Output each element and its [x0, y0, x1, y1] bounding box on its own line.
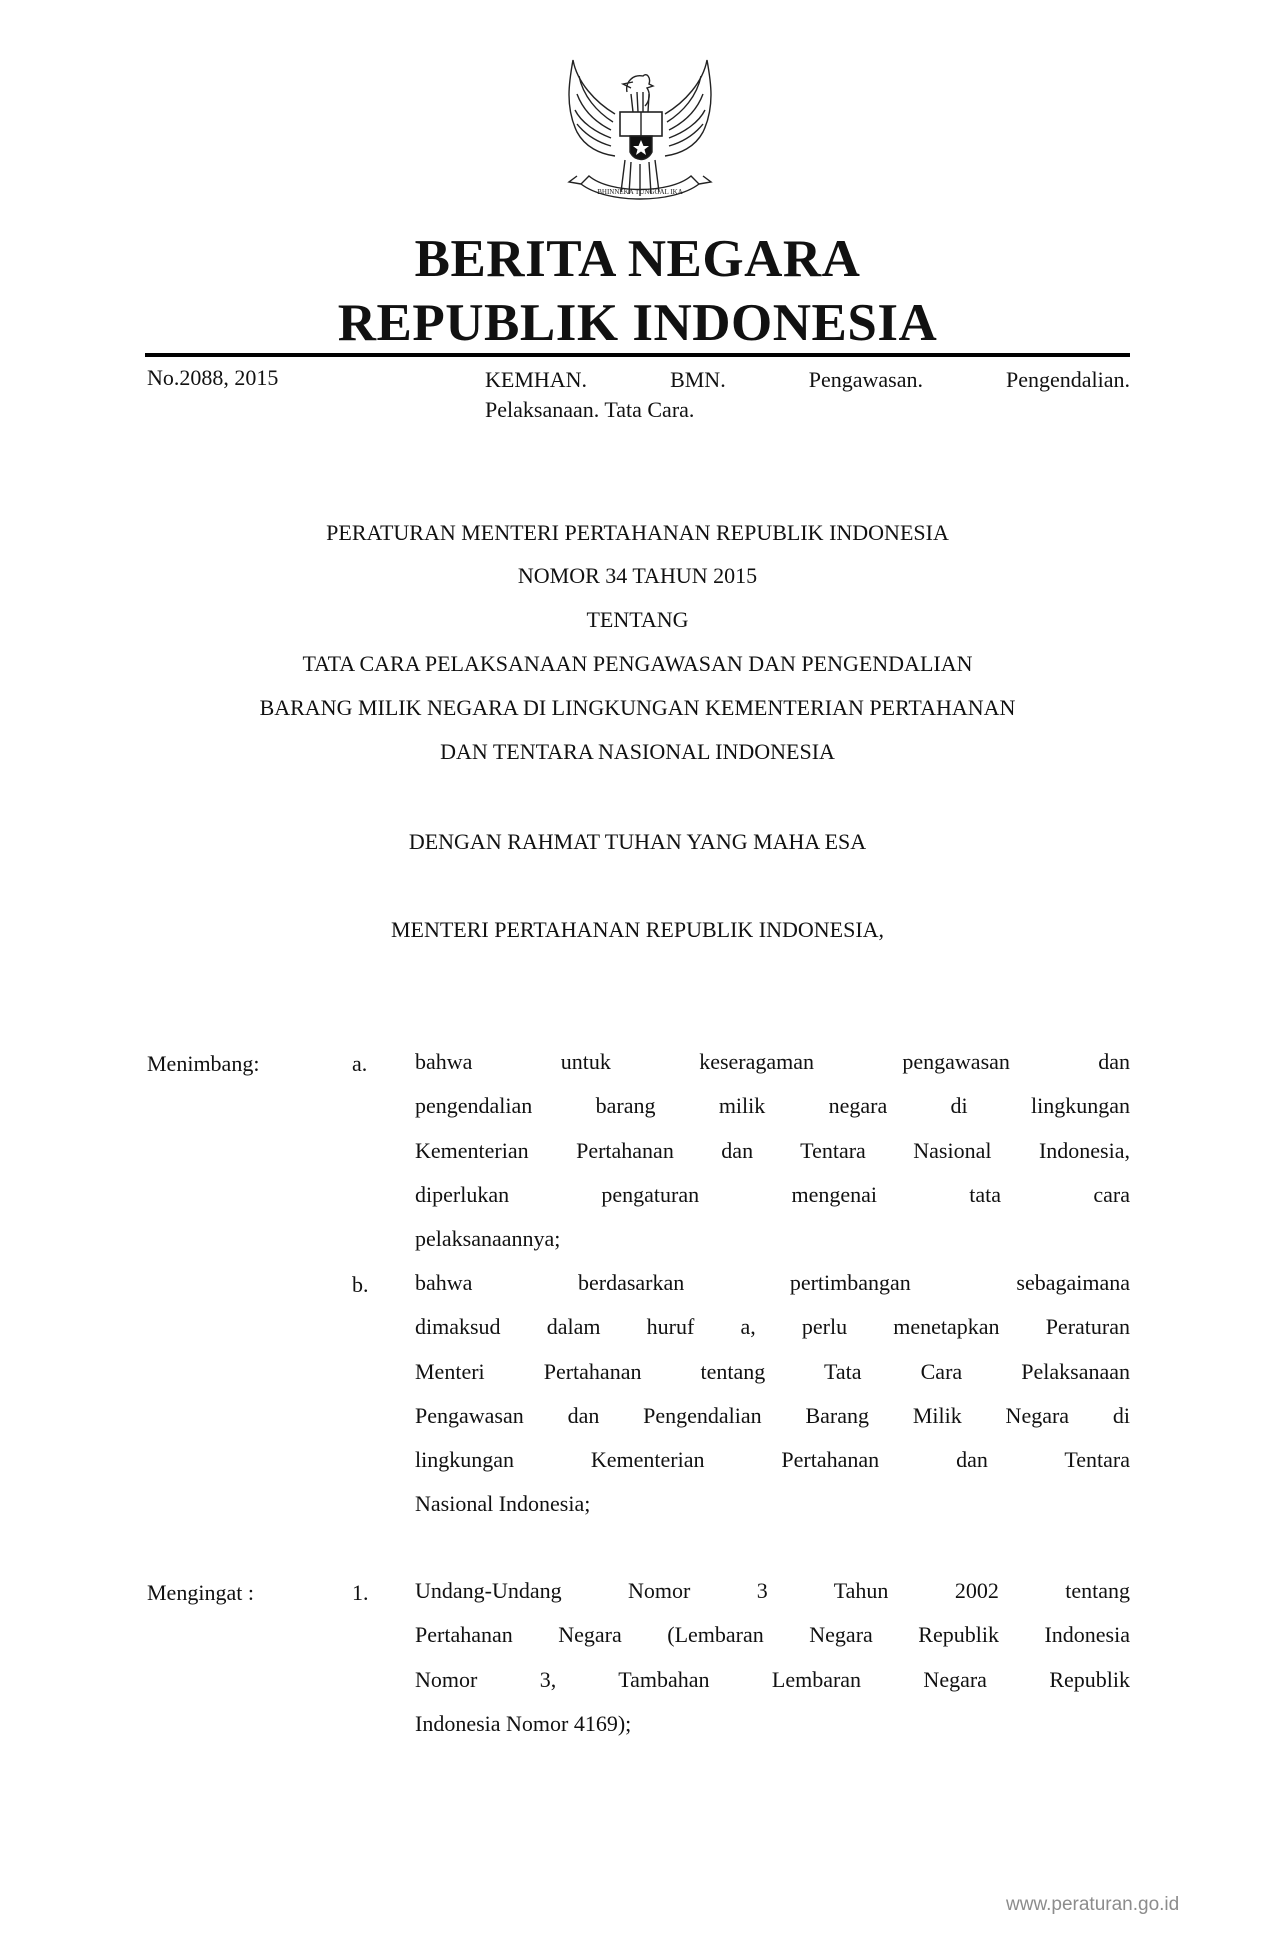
paragraph-line: dimaksud dalam huruf a, perlu menetapkan…: [415, 1305, 1130, 1349]
paragraph-line: lingkungan Kementerian Pertahanan dan Te…: [415, 1438, 1130, 1482]
paragraph-line: pelaksanaannya;: [415, 1217, 1130, 1261]
item-marker: a.: [352, 1051, 367, 1077]
item-marker: b.: [352, 1272, 369, 1298]
subject-tags-line2: Pelaksanaan. Tata Cara.: [485, 397, 694, 422]
regulation-tentang: TENTANG: [0, 607, 1275, 633]
mengingat-item-1: Undang-Undang Nomor 3 Tahun 2002 tentang…: [415, 1569, 1130, 1746]
menimbang-item-b: bahwa berdasarkan pertimbangan sebagaima…: [415, 1261, 1130, 1527]
masthead-title-line1: BERITA NEGARA: [0, 233, 1275, 286]
menimbang-item-a: bahwa untuk keseragaman pengawasan dan p…: [415, 1040, 1130, 1261]
paragraph-line: Nasional Indonesia;: [415, 1482, 1130, 1526]
paragraph-line: Pertahanan Negara (Lembaran Negara Repub…: [415, 1613, 1130, 1657]
subject-tags-line1: KEMHAN. BMN. Pengawasan. Pengendalian.: [485, 365, 1130, 395]
gazette-number: No.2088, 2015: [147, 365, 278, 391]
gazette-subject-tags: KEMHAN. BMN. Pengawasan. Pengendalian. P…: [485, 365, 1130, 425]
footer-source-url: www.peraturan.go.id: [1006, 1894, 1179, 1916]
paragraph-line: Indonesia Nomor 4169);: [415, 1702, 1130, 1746]
paragraph-line: Pengawasan dan Pengendalian Barang Milik…: [415, 1394, 1130, 1438]
regulation-subject-line: TATA CARA PELAKSANAAN PENGAWASAN DAN PEN…: [0, 651, 1275, 677]
mengingat-label: Mengingat :: [147, 1580, 254, 1606]
issuer: MENTERI PERTAHANAN REPUBLIK INDONESIA,: [0, 917, 1275, 943]
paragraph-line: Kementerian Pertahanan dan Tentara Nasio…: [415, 1129, 1130, 1173]
paragraph-line: Menteri Pertahanan tentang Tata Cara Pel…: [415, 1350, 1130, 1394]
svg-text:BHINNEKA TUNGGAL IKA: BHINNEKA TUNGGAL IKA: [597, 188, 683, 196]
regulation-subject-line: DAN TENTARA NASIONAL INDONESIA: [0, 739, 1275, 765]
regulation-number: NOMOR 34 TAHUN 2015: [0, 563, 1275, 589]
paragraph-line: pengendalian barang milik negara di ling…: [415, 1084, 1130, 1128]
invocation: DENGAN RAHMAT TUHAN YANG MAHA ESA: [0, 829, 1275, 855]
paragraph-line: bahwa berdasarkan pertimbangan sebagaima…: [415, 1261, 1130, 1305]
masthead-title-line2: REPUBLIK INDONESIA: [0, 297, 1275, 350]
menimbang-label: Menimbang:: [147, 1051, 259, 1077]
regulation-title-line: PERATURAN MENTERI PERTAHANAN REPUBLIK IN…: [0, 520, 1275, 546]
paragraph-line: Undang-Undang Nomor 3 Tahun 2002 tentang: [415, 1569, 1130, 1613]
item-marker: 1.: [352, 1580, 369, 1606]
paragraph-line: bahwa untuk keseragaman pengawasan dan: [415, 1040, 1130, 1084]
paragraph-line: diperlukan pengaturan mengenai tata cara: [415, 1173, 1130, 1217]
masthead-divider: [145, 353, 1130, 357]
garuda-emblem-icon: BHINNEKA TUNGGAL IKA: [555, 52, 725, 212]
regulation-subject-line: BARANG MILIK NEGARA DI LINGKUNGAN KEMENT…: [0, 695, 1275, 721]
paragraph-line: Nomor 3, Tambahan Lembaran Negara Republ…: [415, 1658, 1130, 1702]
